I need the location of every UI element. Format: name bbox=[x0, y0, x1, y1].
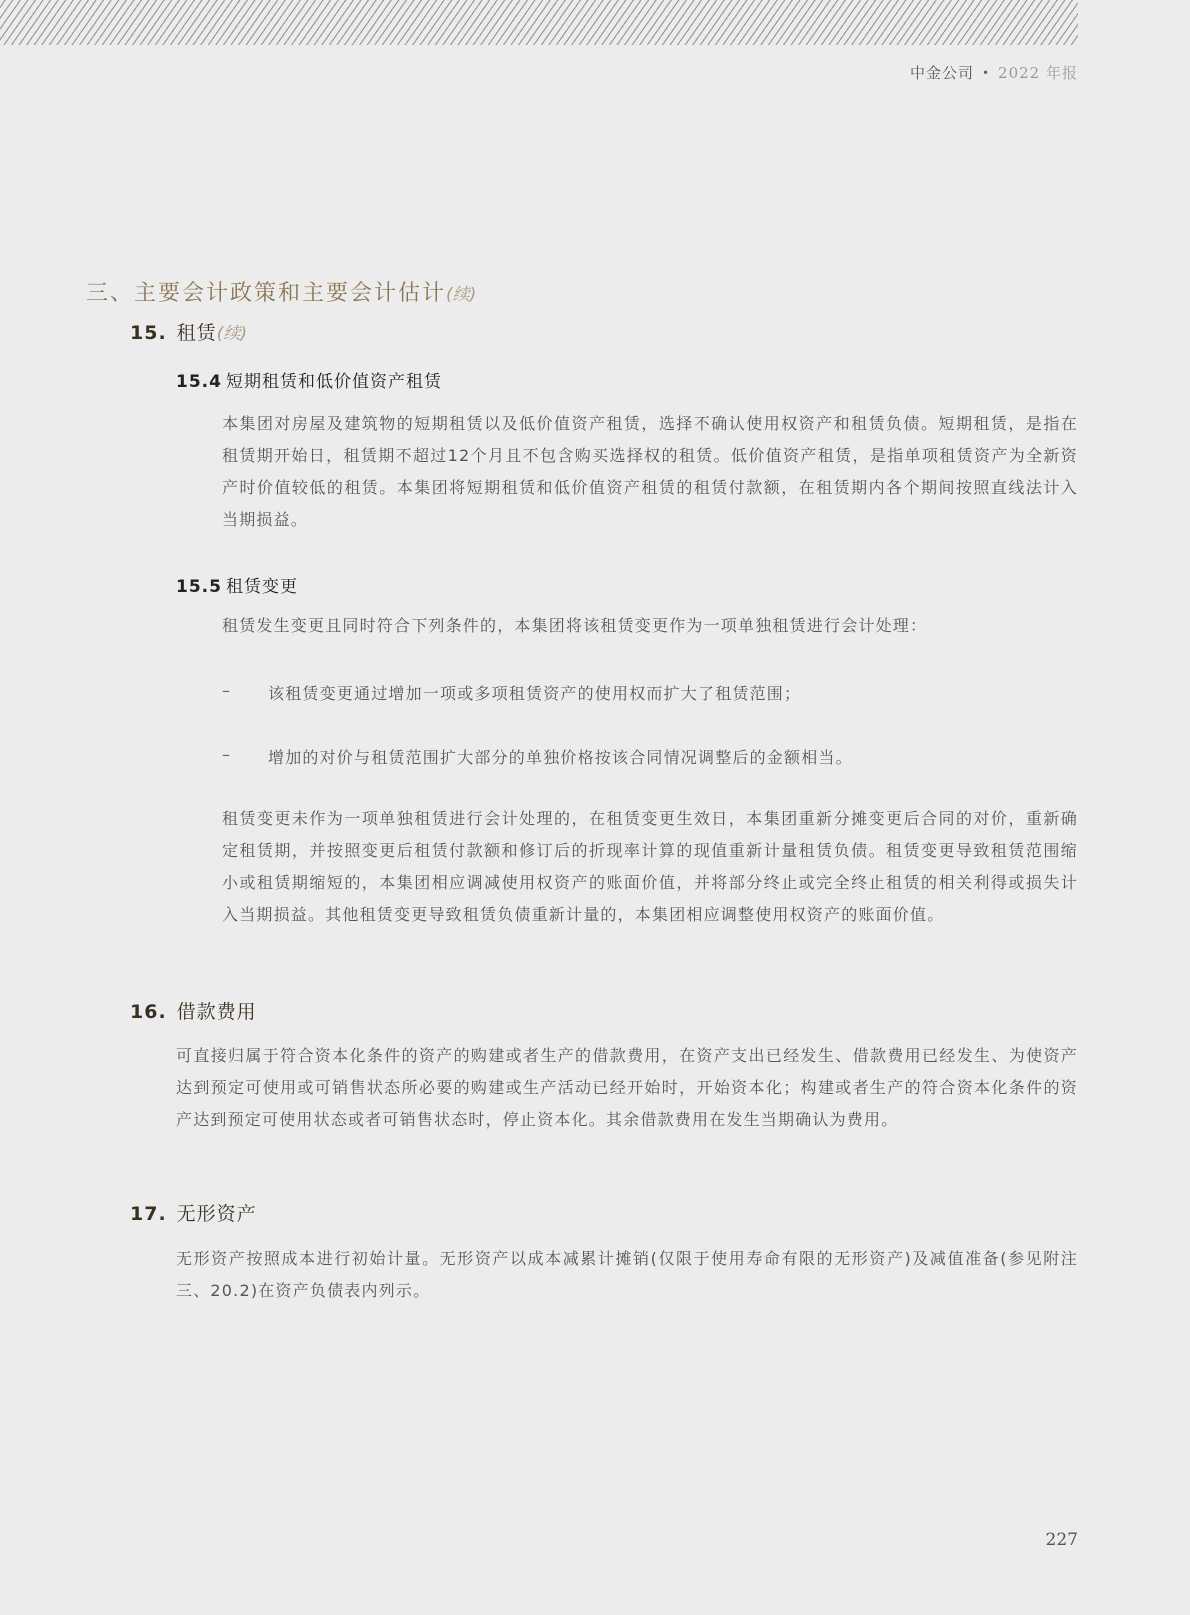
section-title: 三、主要会计政策和主要会计估计(续) bbox=[86, 276, 476, 307]
company-name: 中金公司 bbox=[910, 62, 974, 83]
paragraph-15-5-intro: 租赁发生变更且同时符合下列条件的，本集团将该租赁变更作为一项单独租赁进行会计处理… bbox=[222, 610, 1078, 642]
list-item: – 增加的对价与租赁范围扩大部分的单独价格按该合同情况调整后的金额相当。 bbox=[222, 745, 1078, 768]
heading-17-intangible-assets: 17.无形资产 bbox=[130, 1199, 257, 1226]
list-item-text: 增加的对价与租赁范围扩大部分的单独价格按该合同情况调整后的金额相当。 bbox=[268, 745, 853, 768]
heading-number: 15. bbox=[130, 322, 167, 344]
heading-15-4: 15.4短期租赁和低价值资产租赁 bbox=[176, 367, 442, 392]
heading-text: 无形资产 bbox=[177, 1203, 257, 1225]
decorative-hatch-band bbox=[0, 0, 1078, 45]
paragraph-15-4: 本集团对房屋及建筑物的短期租赁以及低价值资产租赁，选择不确认使用权资产和租赁负债… bbox=[222, 408, 1078, 536]
heading-number: 15.4 bbox=[176, 372, 222, 392]
heading-16-borrowing-costs: 16.借款费用 bbox=[130, 997, 257, 1024]
paragraph-17: 无形资产按照成本进行初始计量。无形资产以成本减累计摊销(仅限于使用寿命有限的无形… bbox=[176, 1243, 1078, 1307]
continued-label: (续) bbox=[446, 285, 476, 305]
continued-label: (续) bbox=[217, 324, 247, 344]
heading-text: 租赁变更 bbox=[226, 577, 298, 597]
dash-bullet-icon: – bbox=[222, 681, 268, 704]
paragraph-16: 可直接归属于符合资本化条件的资产的购建或者生产的借款费用，在资产支出已经发生、借… bbox=[176, 1040, 1078, 1136]
section-title-text: 三、主要会计政策和主要会计估计 bbox=[86, 281, 446, 306]
heading-number: 16. bbox=[130, 1001, 167, 1023]
heading-text: 借款费用 bbox=[177, 1001, 257, 1023]
bullet-separator-icon: • bbox=[982, 66, 990, 80]
list-item-text: 该租赁变更通过增加一项或多项租赁资产的使用权而扩大了租赁范围； bbox=[268, 681, 801, 704]
heading-number: 17. bbox=[130, 1203, 167, 1225]
heading-15-lease: 15.租赁(续) bbox=[130, 318, 247, 345]
running-header: 中金公司 • 2022 年报 bbox=[910, 62, 1078, 83]
page-number: 227 bbox=[1046, 1530, 1078, 1550]
list-item: – 该租赁变更通过增加一项或多项租赁资产的使用权而扩大了租赁范围； bbox=[222, 681, 1078, 704]
dash-bullet-icon: – bbox=[222, 745, 268, 768]
heading-text: 短期租赁和低价值资产租赁 bbox=[226, 372, 442, 392]
heading-15-5: 15.5租赁变更 bbox=[176, 572, 298, 597]
report-name: 2022 年报 bbox=[998, 62, 1078, 83]
heading-number: 15.5 bbox=[176, 577, 222, 597]
paragraph-15-5-body: 租赁变更未作为一项单独租赁进行会计处理的，在租赁变更生效日，本集团重新分摊变更后… bbox=[222, 803, 1078, 931]
heading-text: 租赁 bbox=[177, 322, 217, 344]
